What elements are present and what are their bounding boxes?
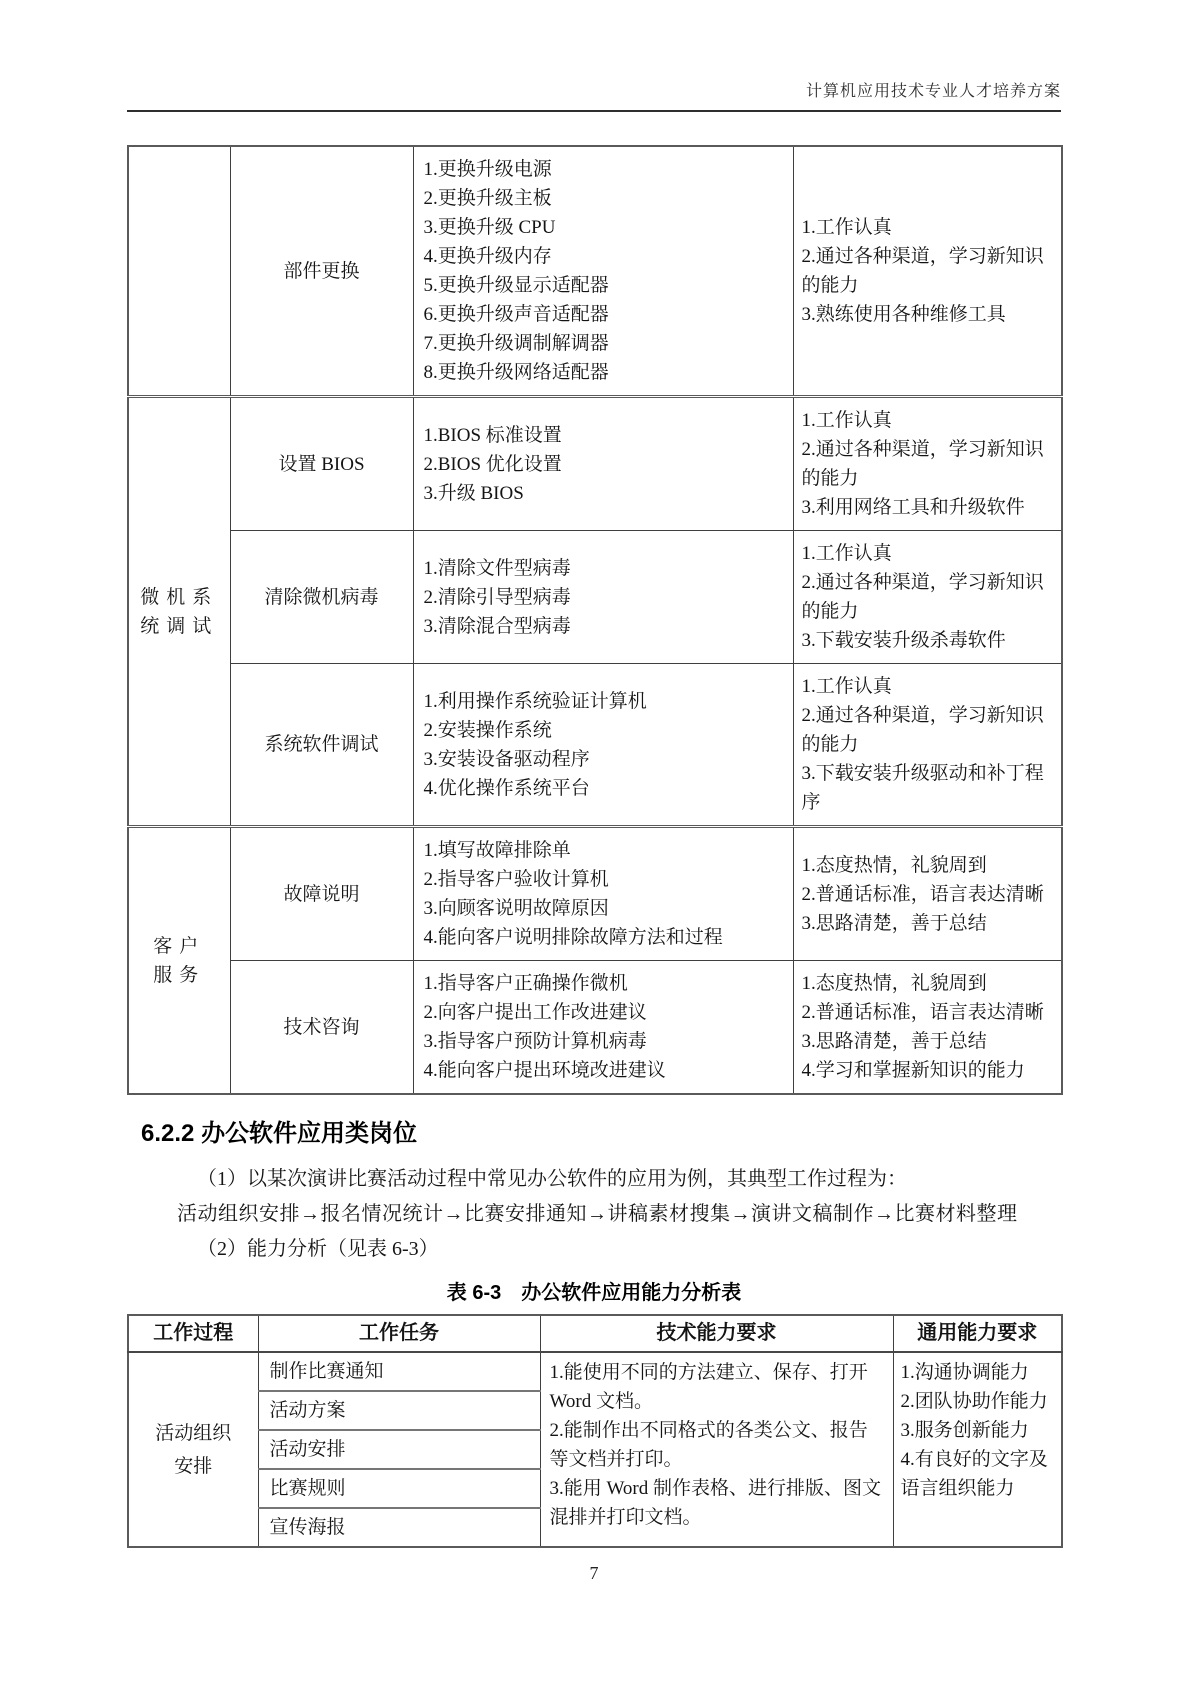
abilities-cell: 1.态度热情，礼貌周到2.普通话标准，语言表达清晰3.思路清楚，善于总结4.学习… xyxy=(793,961,1062,1095)
work-tasks-cell: 1.BIOS 标准设置2.BIOS 优化设置3.升级 BIOS xyxy=(413,397,793,531)
table-row-bios-setup: 微机系统调试 设置 BIOS 1.BIOS 标准设置2.BIOS 优化设置3.升… xyxy=(128,397,1062,531)
task-cell: 活动安排 xyxy=(258,1430,540,1469)
table-row-virus-removal: 清除微机病毒 1.清除文件型病毒2.清除引导型病毒3.清除混合型病毒 1.工作认… xyxy=(128,531,1062,664)
header-work-task: 工作任务 xyxy=(258,1315,540,1352)
abilities-cell: 1.工作认真2.通过各种渠道，学习新知识的能力3.熟练使用各种维修工具 xyxy=(793,146,1062,397)
task-name-cell: 技术咨询 xyxy=(230,961,413,1095)
technical-requirements-cell: 1.能使用不同的方法建立、保存、打开 Word 文档。2.能制作出不同格式的各类… xyxy=(540,1352,893,1547)
running-header: 计算机应用技术专业人才培养方案 xyxy=(127,78,1061,112)
section-title: 办公软件应用类岗位 xyxy=(201,1120,417,1147)
task-name-cell: 清除微机病毒 xyxy=(230,531,413,664)
task-cell: 制作比赛通知 xyxy=(258,1352,540,1391)
paragraph-intro: （1）以某次演讲比赛活动过程中常见办公软件的应用为例，其典型工作过程为： xyxy=(127,1162,1061,1197)
document-page: 计算机应用技术专业人才培养方案 部件更换 1.更换升级电源2.更换升级主板3.更… xyxy=(0,0,1061,1584)
task-cell: 比赛规则 xyxy=(258,1469,540,1508)
table-row-parts-replacement: 部件更换 1.更换升级电源2.更换升级主板3.更换升级 CPU4.更换升级内存5… xyxy=(128,146,1062,397)
ability-analysis-table: 部件更换 1.更换升级电源2.更换升级主板3.更换升级 CPU4.更换升级内存5… xyxy=(127,145,1063,1095)
header-general-ability: 通用能力要求 xyxy=(893,1315,1062,1352)
running-header-title: 计算机应用技术专业人才培养方案 xyxy=(806,83,1061,100)
task-name-cell: 系统软件调试 xyxy=(230,664,413,827)
work-process-cell: 微机系统调试 xyxy=(128,397,230,827)
abilities-cell: 1.态度热情，礼貌周到2.普通话标准，语言表达清晰3.思路清楚，善于总结 xyxy=(793,827,1062,961)
abilities-cell: 1.工作认真2.通过各种渠道，学习新知识的能力3.下载安装升级杀毒软件 xyxy=(793,531,1062,664)
abilities-cell: 1.工作认真2.通过各种渠道，学习新知识的能力3.下载安装升级驱动和补丁程序 xyxy=(793,664,1062,827)
abilities-cell: 1.工作认真2.通过各种渠道，学习新知识的能力3.利用网络工具和升级软件 xyxy=(793,397,1062,531)
task-name-cell: 设置 BIOS xyxy=(230,397,413,531)
paragraph-ability-analysis: （2）能力分析（见表 6-3） xyxy=(127,1232,1061,1267)
table-caption: 表 6-3 办公软件应用能力分析表 xyxy=(127,1276,1061,1305)
general-requirements-cell: 1.沟通协调能力2.团队协助作能力3.服务创新能力4.有良好的文字及语言组织能力 xyxy=(893,1352,1062,1547)
task-name-cell: 部件更换 xyxy=(230,146,413,397)
paragraph-workflow: 活动组织安排→报名情况统计→比赛安排通知→讲稿素材搜集→演讲文稿制作→比赛材料整… xyxy=(127,1197,1061,1232)
work-tasks-cell: 1.指导客户正确操作微机2.向客户提出工作改进建议3.指导客户预防计算机病毒4.… xyxy=(413,961,793,1095)
section-heading: 6.2.2 办公软件应用类岗位 xyxy=(141,1118,1061,1150)
table-row-system-software-debug: 系统软件调试 1.利用操作系统验证计算机2.安装操作系统3.安装设备驱动程序4.… xyxy=(128,664,1062,827)
work-tasks-cell: 1.填写故障排除单2.指导客户验收计算机3.向顾客说明故障原因4.能向客户说明排… xyxy=(413,827,793,961)
task-cell: 活动方案 xyxy=(258,1391,540,1430)
table-header-row: 工作过程 工作任务 技术能力要求 通用能力要求 xyxy=(128,1315,1062,1352)
table-row-technical-consulting: 技术咨询 1.指导客户正确操作微机2.向客户提出工作改进建议3.指导客户预防计算… xyxy=(128,961,1062,1095)
header-work-process: 工作过程 xyxy=(128,1315,258,1352)
page-number: 7 xyxy=(127,1563,1061,1584)
work-tasks-cell: 1.更换升级电源2.更换升级主板3.更换升级 CPU4.更换升级内存5.更换升级… xyxy=(413,146,793,397)
table-row-contest-notice: 活动组织安排 制作比赛通知 1.能使用不同的方法建立、保存、打开 Word 文档… xyxy=(128,1352,1062,1391)
office-software-ability-table: 工作过程 工作任务 技术能力要求 通用能力要求 活动组织安排 制作比赛通知 1.… xyxy=(127,1314,1063,1548)
task-cell: 宣传海报 xyxy=(258,1508,540,1547)
work-process-cell xyxy=(128,146,230,397)
work-process-cell: 客户服务 xyxy=(128,827,230,1095)
header-technical-ability: 技术能力要求 xyxy=(540,1315,893,1352)
work-tasks-cell: 1.清除文件型病毒2.清除引导型病毒3.清除混合型病毒 xyxy=(413,531,793,664)
work-process-cell: 活动组织安排 xyxy=(128,1352,258,1547)
work-tasks-cell: 1.利用操作系统验证计算机2.安装操作系统3.安装设备驱动程序4.优化操作系统平… xyxy=(413,664,793,827)
table-row-fault-explanation: 客户服务 故障说明 1.填写故障排除单2.指导客户验收计算机3.向顾客说明故障原… xyxy=(128,827,1062,961)
task-name-cell: 故障说明 xyxy=(230,827,413,961)
section-number: 6.2.2 xyxy=(141,1120,194,1147)
